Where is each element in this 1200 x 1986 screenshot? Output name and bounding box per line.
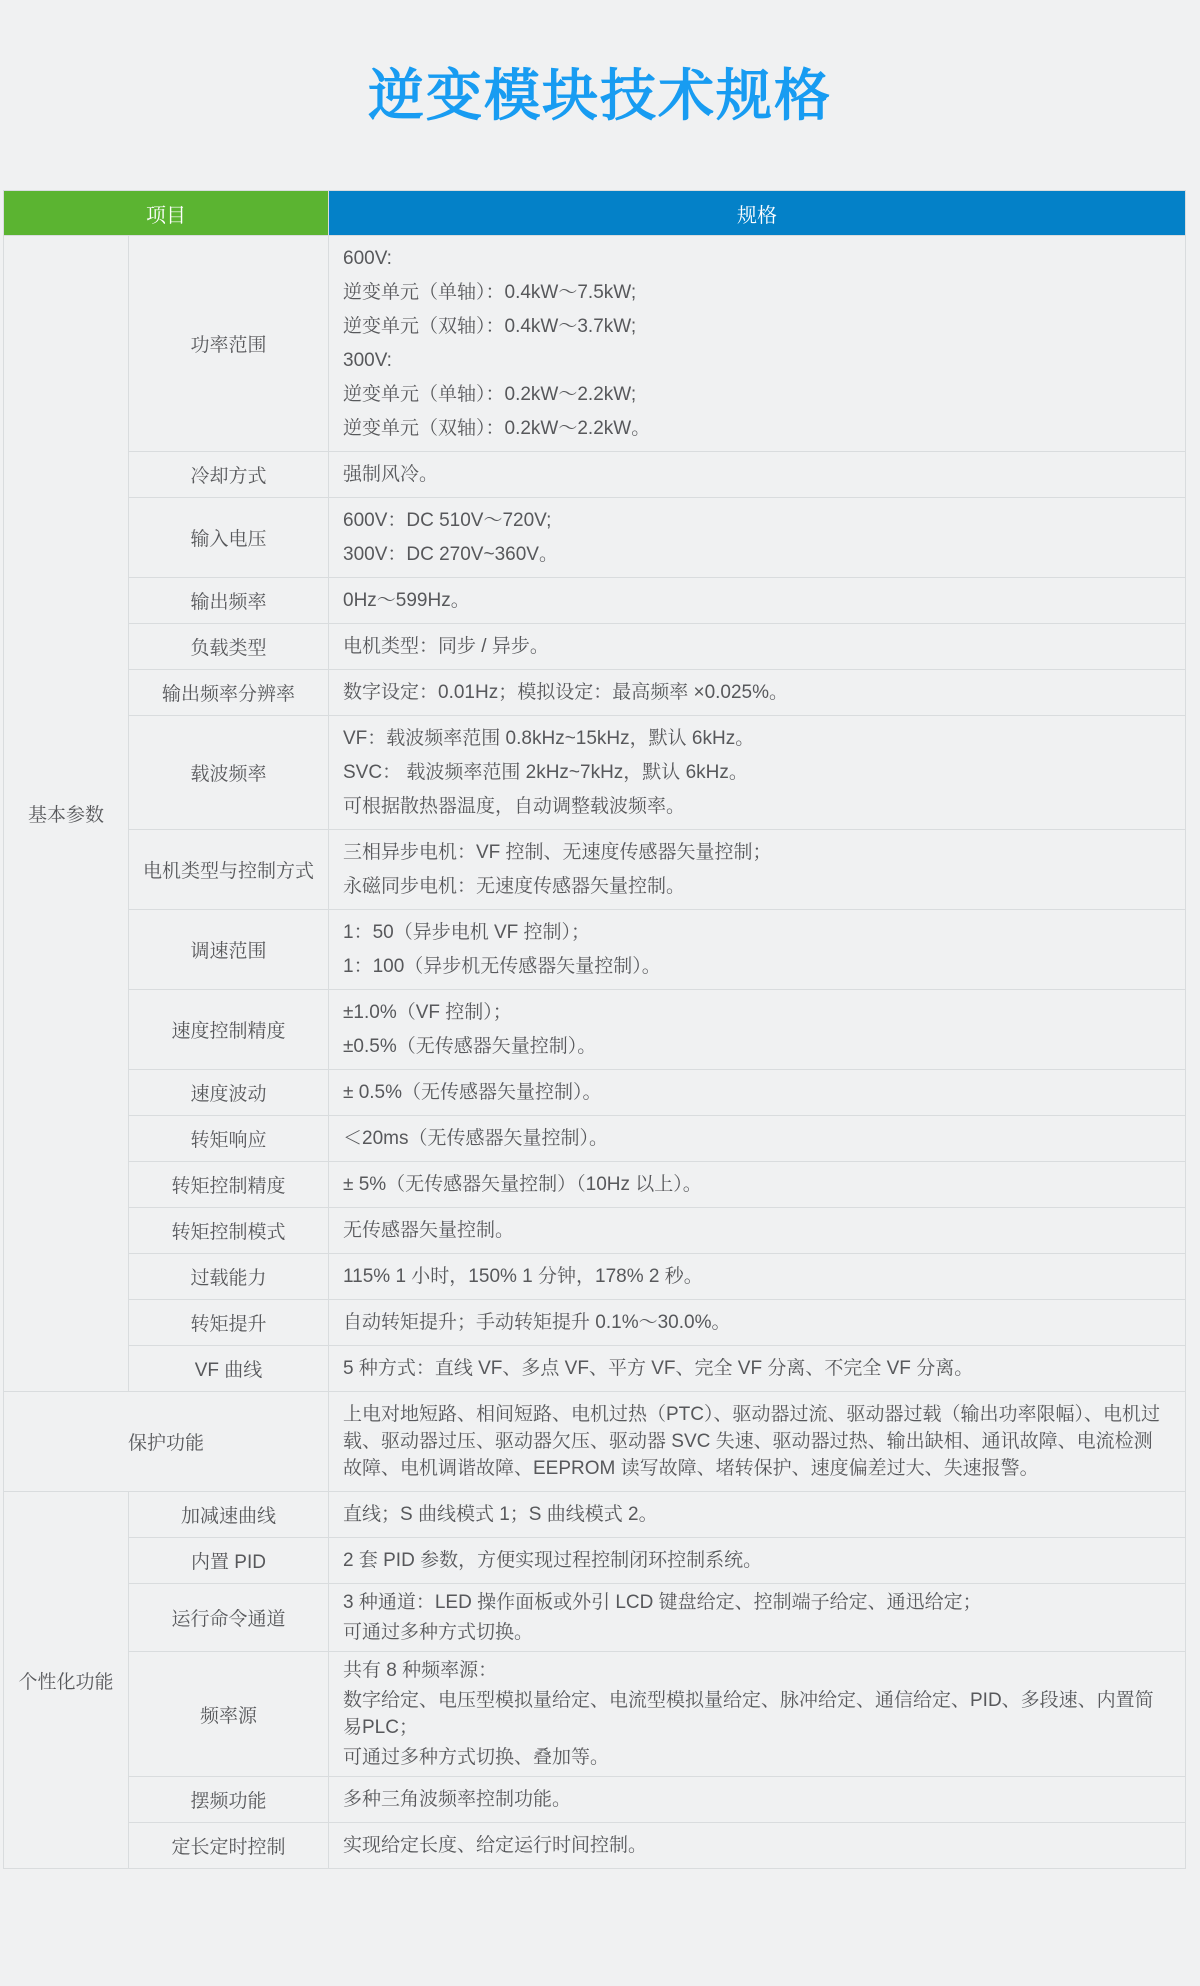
spec-cell: 3 种通道：LED 操作面板或外引 LCD 键盘给定、控制端子给定、通迅给定； … <box>329 1584 1186 1652</box>
item-cell: 功率范围 <box>129 236 329 452</box>
spec-cell: 直线；S 曲线模式 1；S 曲线模式 2。 <box>329 1492 1186 1538</box>
spec-line: 永磁同步电机：无速度传感器矢量控制。 <box>343 873 1171 900</box>
spec-line: 1：100（异步机无传感器矢量控制）。 <box>343 953 1171 980</box>
item-cell: 调速范围 <box>129 910 329 990</box>
table-row: 运行命令通道 3 种通道：LED 操作面板或外引 LCD 键盘给定、控制端子给定… <box>4 1584 1186 1652</box>
spec-line: 600V：DC 510V～720V; <box>343 507 1171 534</box>
spec-cell: ± 5%（无传感器矢量控制）（10Hz 以上）。 <box>329 1162 1186 1208</box>
spec-line: 实现给定长度、给定运行时间控制。 <box>343 1832 1171 1859</box>
spec-line: SVC： 载波频率范围 2kHz~7kHz，默认 6kHz。 <box>343 759 1171 786</box>
item-cell: 载波频率 <box>129 716 329 830</box>
table-row: 保护功能 上电对地短路、相间短路、电机过热（PTC）、驱动器过流、驱动器过载（输… <box>4 1392 1186 1492</box>
table-row: 调速范围 1：50（异步电机 VF 控制）； 1：100（异步机无传感器矢量控制… <box>4 910 1186 990</box>
spec-line: 多种三角波频率控制功能。 <box>343 1786 1171 1813</box>
spec-line: 无传感器矢量控制。 <box>343 1217 1171 1244</box>
table-row: 基本参数 功率范围 600V: 逆变单元（单轴）：0.4kW～7.5kW; 逆变… <box>4 236 1186 452</box>
table-row: 转矩提升 自动转矩提升；手动转矩提升 0.1%～30.0%。 <box>4 1300 1186 1346</box>
spec-cell: 无传感器矢量控制。 <box>329 1208 1186 1254</box>
table-row: 摆频功能 多种三角波频率控制功能。 <box>4 1777 1186 1823</box>
item-cell: 输出频率分辨率 <box>129 670 329 716</box>
spec-line: 自动转矩提升；手动转矩提升 0.1%～30.0%。 <box>343 1309 1171 1336</box>
table-row: 输出频率分辨率 数字设定：0.01Hz；模拟设定：最高频率 ×0.025%。 <box>4 670 1186 716</box>
table-row: 载波频率 VF：载波频率范围 0.8kHz~15kHz，默认 6kHz。 SVC… <box>4 716 1186 830</box>
spec-cell: 多种三角波频率控制功能。 <box>329 1777 1186 1823</box>
spec-line: 可通过多种方式切换、叠加等。 <box>343 1744 1171 1771</box>
spec-line: 3 种通道：LED 操作面板或外引 LCD 键盘给定、控制端子给定、通迅给定； <box>343 1589 1171 1616</box>
category-cell-personalized: 个性化功能 <box>4 1492 129 1869</box>
table-row: 内置 PID 2 套 PID 参数，方便实现过程控制闭环控制系统。 <box>4 1538 1186 1584</box>
item-cell: 频率源 <box>129 1652 329 1777</box>
spec-table: 项目 规格 基本参数 功率范围 600V: 逆变单元（单轴）：0.4kW～7.5… <box>3 190 1186 1869</box>
spec-line: ±1.0%（VF 控制）； <box>343 999 1171 1026</box>
spec-cell: ± 0.5%（无传感器矢量控制）。 <box>329 1070 1186 1116</box>
item-cell: 转矩控制精度 <box>129 1162 329 1208</box>
spec-line: 共有 8 种频率源： <box>343 1657 1171 1684</box>
spec-line: 逆变单元（双轴）：0.2kW～2.2kW。 <box>343 415 1171 442</box>
table-row: 转矩响应 ＜20ms（无传感器矢量控制）。 <box>4 1116 1186 1162</box>
spec-line: 三相异步电机：VF 控制、无速度传感器矢量控制； <box>343 839 1171 866</box>
spec-line: ± 5%（无传感器矢量控制）（10Hz 以上）。 <box>343 1171 1171 1198</box>
table-row: 转矩控制精度 ± 5%（无传感器矢量控制）（10Hz 以上）。 <box>4 1162 1186 1208</box>
item-cell: 冷却方式 <box>129 452 329 498</box>
spec-cell: 上电对地短路、相间短路、电机过热（PTC）、驱动器过流、驱动器过载（输出功率限幅… <box>329 1392 1186 1492</box>
spec-cell: 强制风冷。 <box>329 452 1186 498</box>
table-row: 频率源 共有 8 种频率源： 数字给定、电压型模拟量给定、电流型模拟量给定、脉冲… <box>4 1652 1186 1777</box>
table-row: 过载能力 115% 1 小时，150% 1 分钟，178% 2 秒。 <box>4 1254 1186 1300</box>
table-row: 电机类型与控制方式 三相异步电机：VF 控制、无速度传感器矢量控制； 永磁同步电… <box>4 830 1186 910</box>
item-cell: 转矩提升 <box>129 1300 329 1346</box>
item-cell: 加减速曲线 <box>129 1492 329 1538</box>
spec-line: 逆变单元（双轴）：0.4kW～3.7kW; <box>343 313 1171 340</box>
spec-cell: 5 种方式：直线 VF、多点 VF、平方 VF、完全 VF 分离、不完全 VF … <box>329 1346 1186 1392</box>
spec-line: 电机类型：同步 / 异步。 <box>343 633 1171 660</box>
category-cell-basic-params: 基本参数 <box>4 236 129 1392</box>
spec-cell: 600V：DC 510V～720V; 300V：DC 270V~360V。 <box>329 498 1186 578</box>
spec-line: 300V：DC 270V~360V。 <box>343 541 1171 568</box>
item-cell: 速度控制精度 <box>129 990 329 1070</box>
spec-cell: 数字设定：0.01Hz；模拟设定：最高频率 ×0.025%。 <box>329 670 1186 716</box>
spec-line: 0Hz～599Hz。 <box>343 587 1171 614</box>
item-cell: 输入电压 <box>129 498 329 578</box>
item-cell: 摆频功能 <box>129 1777 329 1823</box>
table-row: 个性化功能 加减速曲线 直线；S 曲线模式 1；S 曲线模式 2。 <box>4 1492 1186 1538</box>
spec-cell: 自动转矩提升；手动转矩提升 0.1%～30.0%。 <box>329 1300 1186 1346</box>
item-cell: 负载类型 <box>129 624 329 670</box>
spec-line: 1：50（异步电机 VF 控制）； <box>343 919 1171 946</box>
page-title: 逆变模块技术规格 <box>0 64 1200 128</box>
table-row: 速度控制精度 ±1.0%（VF 控制）； ±0.5%（无传感器矢量控制）。 <box>4 990 1186 1070</box>
spec-line: 数字给定、电压型模拟量给定、电流型模拟量给定、脉冲给定、通信给定、PID、多段速… <box>343 1687 1171 1741</box>
item-cell: 定长定时控制 <box>129 1823 329 1869</box>
table-row: 输入电压 600V：DC 510V～720V; 300V：DC 270V~360… <box>4 498 1186 578</box>
item-cell: 过载能力 <box>129 1254 329 1300</box>
table-row: 速度波动 ± 0.5%（无传感器矢量控制）。 <box>4 1070 1186 1116</box>
spec-cell: 电机类型：同步 / 异步。 <box>329 624 1186 670</box>
spec-line: VF：载波频率范围 0.8kHz~15kHz，默认 6kHz。 <box>343 725 1171 752</box>
table-row: 输出频率 0Hz～599Hz。 <box>4 578 1186 624</box>
spec-cell: 2 套 PID 参数，方便实现过程控制闭环控制系统。 <box>329 1538 1186 1584</box>
spec-cell: 三相异步电机：VF 控制、无速度传感器矢量控制； 永磁同步电机：无速度传感器矢量… <box>329 830 1186 910</box>
column-header-spec: 规格 <box>329 191 1186 236</box>
spec-line: ＜20ms（无传感器矢量控制）。 <box>343 1125 1171 1152</box>
column-header-item: 项目 <box>4 191 329 236</box>
table-row: 负载类型 电机类型：同步 / 异步。 <box>4 624 1186 670</box>
spec-cell: 0Hz～599Hz。 <box>329 578 1186 624</box>
header-row: 项目 规格 <box>4 191 1186 236</box>
spec-line: 可通过多种方式切换。 <box>343 1619 1171 1646</box>
spec-cell: VF：载波频率范围 0.8kHz~15kHz，默认 6kHz。 SVC： 载波频… <box>329 716 1186 830</box>
item-cell: 电机类型与控制方式 <box>129 830 329 910</box>
spec-line: 300V: <box>343 347 1171 374</box>
spec-line: 5 种方式：直线 VF、多点 VF、平方 VF、完全 VF 分离、不完全 VF … <box>343 1355 1171 1382</box>
spec-line: 600V: <box>343 245 1171 272</box>
item-cell: 速度波动 <box>129 1070 329 1116</box>
spec-cell: 实现给定长度、给定运行时间控制。 <box>329 1823 1186 1869</box>
item-cell: 转矩控制模式 <box>129 1208 329 1254</box>
spec-cell: 600V: 逆变单元（单轴）：0.4kW～7.5kW; 逆变单元（双轴）：0.4… <box>329 236 1186 452</box>
table-row: 冷却方式 强制风冷。 <box>4 452 1186 498</box>
spec-line: 2 套 PID 参数，方便实现过程控制闭环控制系统。 <box>343 1547 1171 1574</box>
spec-cell: ±1.0%（VF 控制）； ±0.5%（无传感器矢量控制）。 <box>329 990 1186 1070</box>
spec-line: 可根据散热器温度，自动调整载波频率。 <box>343 793 1171 820</box>
spec-line: 逆变单元（单轴）：0.2kW～2.2kW; <box>343 381 1171 408</box>
spec-line: 数字设定：0.01Hz；模拟设定：最高频率 ×0.025%。 <box>343 679 1171 706</box>
spec-cell: 115% 1 小时，150% 1 分钟，178% 2 秒。 <box>329 1254 1186 1300</box>
category-cell-protection: 保护功能 <box>4 1392 329 1492</box>
spec-cell: ＜20ms（无传感器矢量控制）。 <box>329 1116 1186 1162</box>
spec-line: 上电对地短路、相间短路、电机过热（PTC）、驱动器过流、驱动器过载（输出功率限幅… <box>343 1401 1171 1482</box>
table-row: 定长定时控制 实现给定长度、给定运行时间控制。 <box>4 1823 1186 1869</box>
spec-line: ± 0.5%（无传感器矢量控制）。 <box>343 1079 1171 1106</box>
spec-line: 115% 1 小时，150% 1 分钟，178% 2 秒。 <box>343 1263 1171 1290</box>
spec-line: ±0.5%（无传感器矢量控制）。 <box>343 1033 1171 1060</box>
item-cell: VF 曲线 <box>129 1346 329 1392</box>
spec-cell: 共有 8 种频率源： 数字给定、电压型模拟量给定、电流型模拟量给定、脉冲给定、通… <box>329 1652 1186 1777</box>
spec-line: 强制风冷。 <box>343 461 1171 488</box>
table-row: VF 曲线 5 种方式：直线 VF、多点 VF、平方 VF、完全 VF 分离、不… <box>4 1346 1186 1392</box>
item-cell: 运行命令通道 <box>129 1584 329 1652</box>
item-cell: 转矩响应 <box>129 1116 329 1162</box>
item-cell: 内置 PID <box>129 1538 329 1584</box>
spec-cell: 1：50（异步电机 VF 控制）； 1：100（异步机无传感器矢量控制）。 <box>329 910 1186 990</box>
spec-line: 逆变单元（单轴）：0.4kW～7.5kW; <box>343 279 1171 306</box>
item-cell: 输出频率 <box>129 578 329 624</box>
table-row: 转矩控制模式 无传感器矢量控制。 <box>4 1208 1186 1254</box>
spec-line: 直线；S 曲线模式 1；S 曲线模式 2。 <box>343 1501 1171 1528</box>
